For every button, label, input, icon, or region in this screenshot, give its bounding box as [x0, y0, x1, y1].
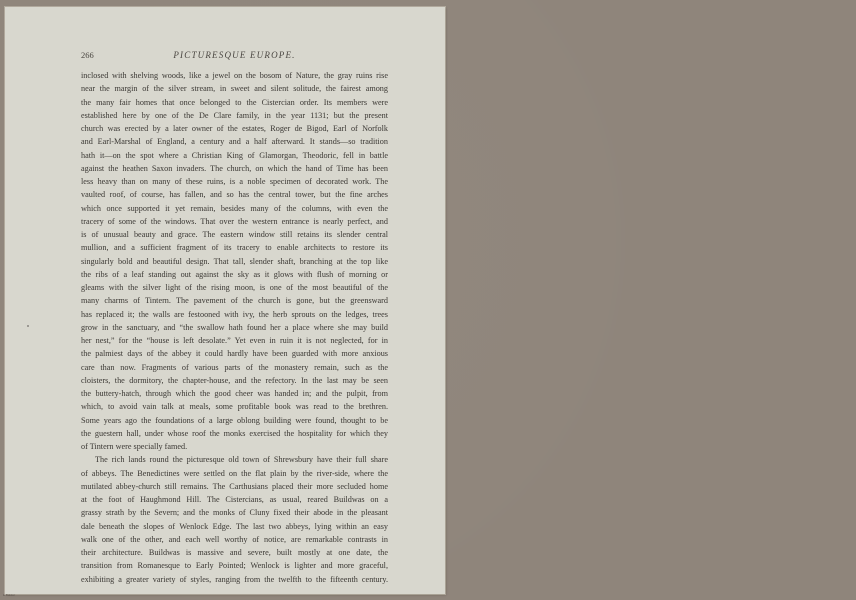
text-line: Some years ago the foundations of a larg… — [81, 414, 388, 427]
text-line: walk one of the other, and each well wor… — [81, 533, 388, 546]
paper-speck — [27, 325, 29, 327]
text-line: less heavy than on many of these ruins, … — [81, 175, 388, 188]
text-line: inclosed with shelving woods, like a jew… — [81, 69, 388, 82]
text-line: the buttery-hatch, through which the goo… — [81, 387, 388, 400]
body-text: inclosed with shelving woods, like a jew… — [81, 69, 388, 586]
text-line: the guestern hall, under whose roof the … — [81, 427, 388, 440]
text-line: cloisters, the dormitory, the chapter-ho… — [81, 374, 388, 387]
text-line: singularly bold and beautiful design. Th… — [81, 255, 388, 268]
text-line: church was erected by a later owner of t… — [81, 122, 388, 135]
text-line: the many fair homes that once belonged t… — [81, 96, 388, 109]
text-line: transition from Romanesque to Early Poin… — [81, 559, 388, 572]
paragraph-shrewsbury: The rich lands round the picturesque old… — [81, 453, 388, 586]
text-line: grow in the sanctuary, and “the swallow … — [81, 321, 388, 334]
text-line: gleams with the silver light of the risi… — [81, 281, 388, 294]
text-line: their architecture. Buildwas is massive … — [81, 546, 388, 559]
scan-credit: E.Bakker — [3, 593, 15, 597]
text-line: the palmiest days of the abbey it could … — [81, 347, 388, 360]
book-page: 266 PICTURESQUE EUROPE. inclosed with sh… — [5, 7, 445, 594]
text-line: hath it—on the spot where a Christian Ki… — [81, 149, 388, 162]
text-line: vaulted roof, of course, has fallen, and… — [81, 188, 388, 201]
text-line: dale beneath the slopes of Wenlock Edge.… — [81, 520, 388, 533]
text-line: mutilated abbey-church still remains. Th… — [81, 480, 388, 493]
text-line: which once supported it yet remain, besi… — [81, 202, 388, 215]
text-line: against the heathen Saxon invaders. The … — [81, 162, 388, 175]
paragraph-tintern: inclosed with shelving woods, like a jew… — [81, 69, 388, 453]
text-line: the ribs of a leaf standing out against … — [81, 268, 388, 281]
text-line: near the margin of the silver stream, in… — [81, 82, 388, 95]
text-line: at the foot of Haughmond Hill. The Ciste… — [81, 493, 388, 506]
text-line: her nest,” for the “house is left desola… — [81, 334, 388, 347]
text-line: of abbeys. The Benedictines were settled… — [81, 467, 388, 480]
text-line: of Tintern were specially famed. — [81, 440, 388, 453]
text-line: is of unusual beauty and grace. The east… — [81, 228, 388, 241]
text-line: which, to avoid vain talk at meals, some… — [81, 400, 388, 413]
text-line: has replaced it; the walls are festooned… — [81, 308, 388, 321]
text-line: care than now. Fragments of various part… — [81, 361, 388, 374]
text-line: established here by one of the De Clare … — [81, 109, 388, 122]
text-line: grassy strath by the Severn; and the mon… — [81, 506, 388, 519]
text-line: mullion, and a sufficient fragment of it… — [81, 241, 388, 254]
text-line: exhibiting a greater variety of styles, … — [81, 573, 388, 586]
running-head: 266 PICTURESQUE EUROPE. — [81, 50, 388, 64]
book-title: PICTURESQUE EUROPE. — [81, 50, 388, 60]
text-line: many charms of Tintern. The pavement of … — [81, 294, 388, 307]
text-line: tracery of some of the windows. That ove… — [81, 215, 388, 228]
text-block: 266 PICTURESQUE EUROPE. inclosed with sh… — [81, 50, 388, 586]
text-line: The rich lands round the picturesque old… — [81, 453, 388, 466]
text-line: and Earl-Marshal of England, a century a… — [81, 135, 388, 148]
